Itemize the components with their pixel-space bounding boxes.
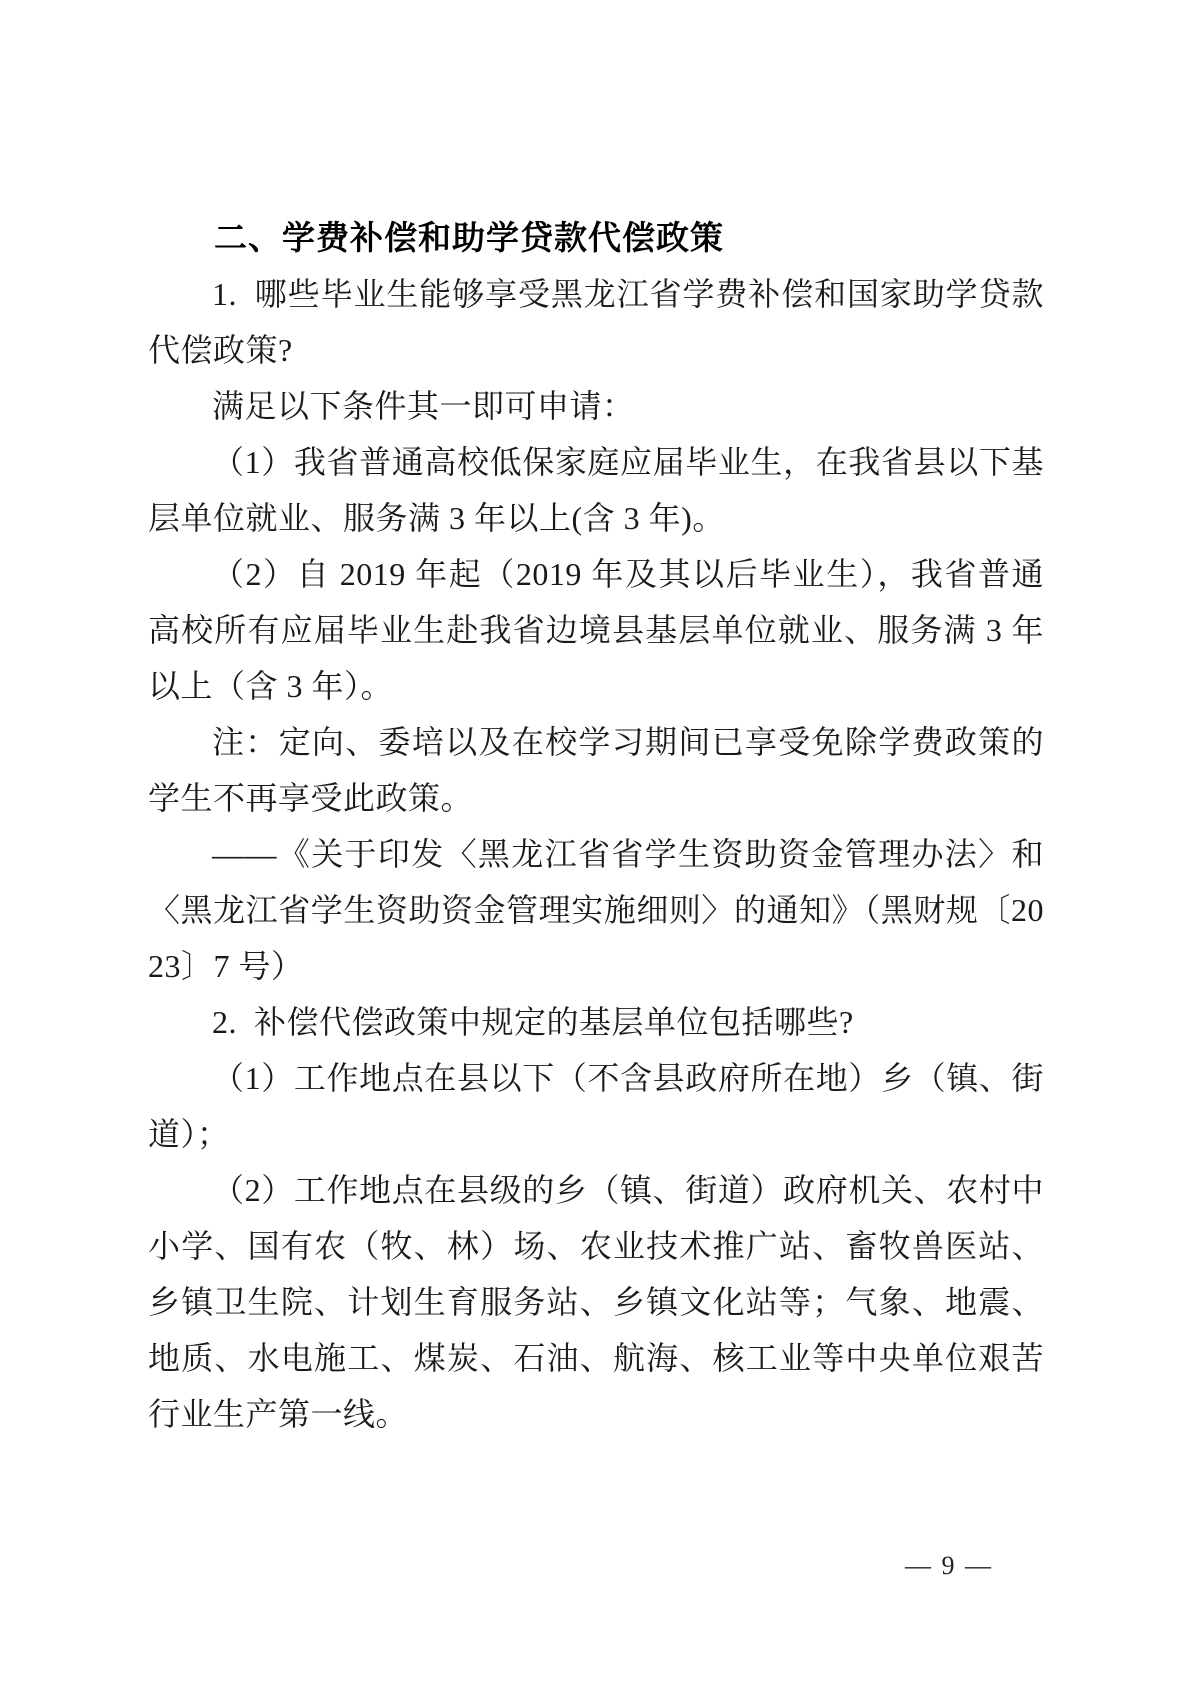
- section-heading: 二、学费补偿和助学贷款代偿政策: [148, 210, 1044, 266]
- paragraph-condition-2: （2）自 2019 年起（2019 年及其以后毕业生），我省普通高校所有应届毕业…: [148, 546, 1044, 714]
- paragraph-note: 注：定向、委培以及在校学习期间已享受免除学费政策的学生不再享受此政策。: [148, 714, 1044, 826]
- paragraph-condition-1: （1）我省普通高校低保家庭应届毕业生，在我省县以下基层单位就业、服务满 3 年以…: [148, 434, 1044, 546]
- paragraph-conditions-intro: 满足以下条件其一即可申请：: [148, 378, 1044, 434]
- paragraph-unit-type-2: （2）工作地点在县级的乡（镇、街道）政府机关、农村中小学、国有农（牧、林）场、农…: [148, 1162, 1044, 1442]
- paragraph-question-1: 1. 哪些毕业生能够享受黑龙江省学费补偿和国家助学贷款代偿政策?: [148, 266, 1044, 378]
- document-body: 二、学费补偿和助学贷款代偿政策 1. 哪些毕业生能够享受黑龙江省学费补偿和国家助…: [148, 210, 1044, 1442]
- paragraph-reference: ——《关于印发〈黑龙江省省学生资助资金管理办法〉和〈黑龙江省学生资助资金管理实施…: [148, 826, 1044, 994]
- document-page: 二、学费补偿和助学贷款代偿政策 1. 哪些毕业生能够享受黑龙江省学费补偿和国家助…: [0, 0, 1190, 1683]
- paragraph-question-2: 2. 补偿代偿政策中规定的基层单位包括哪些?: [148, 994, 1044, 1050]
- page-number: — 9 —: [905, 1550, 993, 1582]
- paragraph-unit-type-1: （1）工作地点在县以下（不含县政府所在地）乡（镇、街道）；: [148, 1050, 1044, 1162]
